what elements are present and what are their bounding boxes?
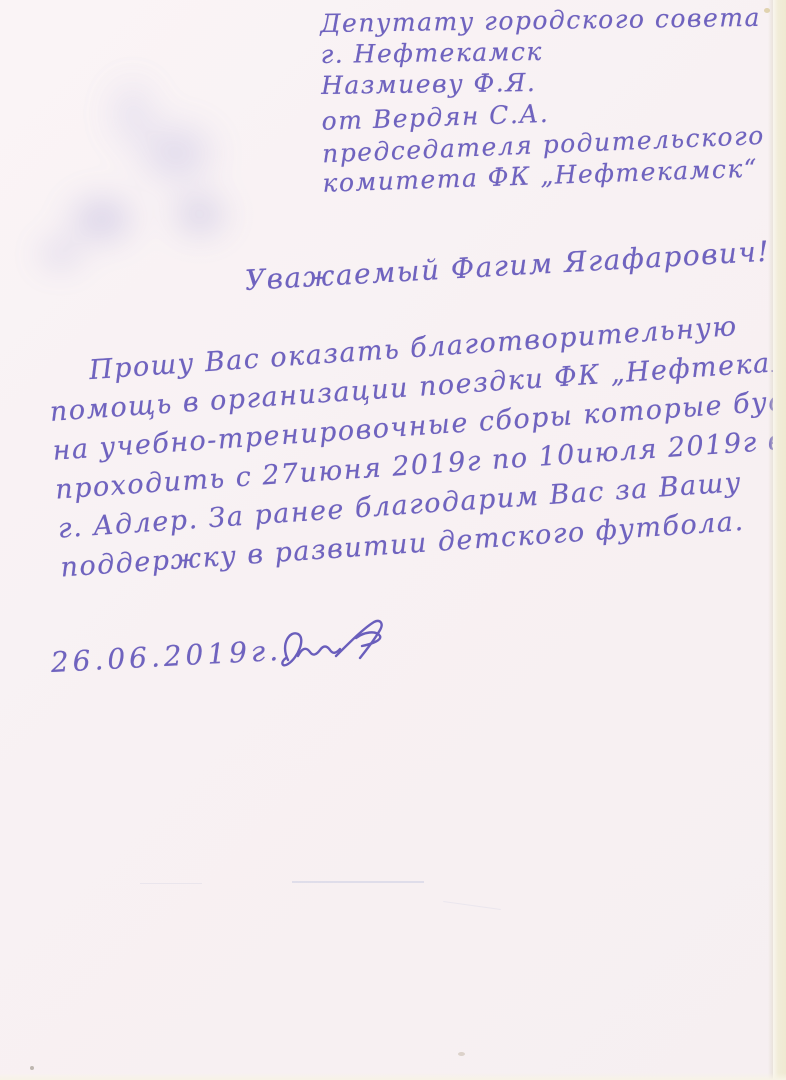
letter-page: Депутату городского совета г. Нефтекамск… — [0, 0, 786, 1080]
blurred-stamp — [14, 52, 272, 272]
dust-speck — [30, 1066, 34, 1070]
letter-date: 26.06.2019г. — [50, 634, 283, 679]
salutation: Уважаемый Фагим Ягафарович! — [244, 235, 771, 297]
fold-line — [443, 901, 501, 910]
scan-edge-bottom — [0, 1073, 786, 1080]
dust-speck — [764, 8, 770, 13]
letter-body: Прошу Вас оказать благотворительную помо… — [46, 305, 780, 587]
fold-line — [140, 883, 202, 884]
recipient-block: Депутату городского совета г. Нефтекамск… — [320, 2, 783, 194]
dust-speck — [458, 1052, 465, 1056]
signature-scribble — [272, 618, 392, 682]
recipient-line: Депутату городского совета — [320, 2, 780, 39]
scan-edge-right — [773, 0, 786, 1080]
fold-line — [292, 881, 424, 883]
